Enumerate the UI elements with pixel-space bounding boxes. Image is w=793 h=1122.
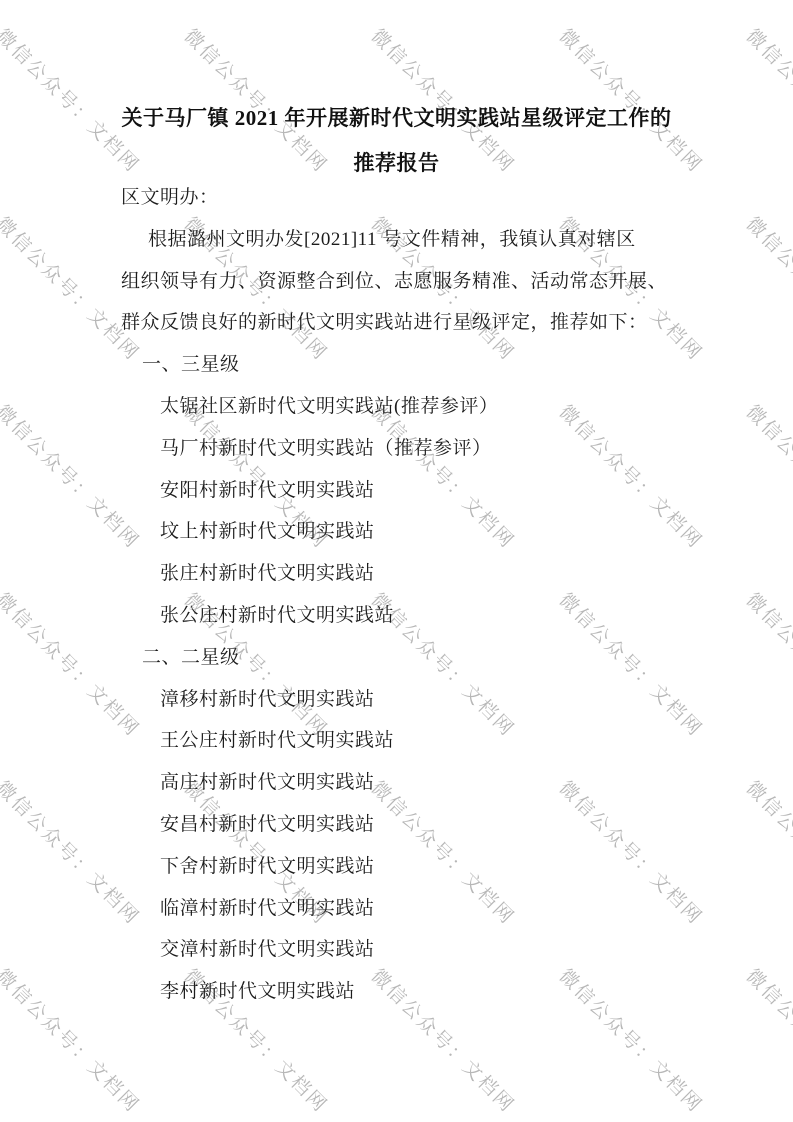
list-item: 马厂村新时代文明实践站（推荐参评） [121,428,693,470]
list-item: 坟上村新时代文明实践站 [121,511,693,553]
paragraph-line: 组织领导有力、资源整合到位、志愿服务精准、活动常态开展、 [121,261,693,303]
salutation-line: 区文明办： [121,177,693,219]
list-item: 高庄村新时代文明实践站 [121,762,693,804]
section-heading: 一、三星级 [121,344,693,386]
watermark-text: 微信公众号：文档网 [741,774,793,930]
document-page: 微信公众号：文档网微信公众号：文档网微信公众号：文档网微信公众号：文档网微信公众… [0,0,793,1122]
watermark-text: 微信公众号：文档网 [741,210,793,366]
list-item: 张庄村新时代文明实践站 [121,553,693,595]
section-heading: 二、二星级 [121,637,693,679]
watermark-text: 微信公众号：文档网 [741,398,793,554]
list-item: 安阳村新时代文明实践站 [121,470,693,512]
list-item: 李村新时代文明实践站 [121,971,693,1013]
document-body: 区文明办： 根据潞州文明办发[2021]11 号文件精神，我镇认真对辖区组织领导… [121,177,693,1013]
watermark-text: 微信公众号：文档网 [741,586,793,742]
title-line-1: 关于马厂镇 2021 年开展新时代文明实践站星级评定工作的 [0,96,793,141]
watermark-text: 微信公众号：文档网 [741,962,793,1118]
document-title: 关于马厂镇 2021 年开展新时代文明实践站星级评定工作的 推荐报告 [0,96,793,186]
paragraph-line: 根据潞州文明办发[2021]11 号文件精神，我镇认真对辖区 [121,219,693,261]
list-item: 王公庄村新时代文明实践站 [121,720,693,762]
list-item: 张公庄村新时代文明实践站 [121,595,693,637]
list-item: 交漳村新时代文明实践站 [121,929,693,971]
paragraph-line: 群众反馈良好的新时代文明实践站进行星级评定，推荐如下： [121,302,693,344]
list-item: 太锯社区新时代文明实践站(推荐参评） [121,386,693,428]
list-item: 临漳村新时代文明实践站 [121,888,693,930]
list-item: 安昌村新时代文明实践站 [121,804,693,846]
list-item: 漳移村新时代文明实践站 [121,679,693,721]
list-item: 下舍村新时代文明实践站 [121,846,693,888]
